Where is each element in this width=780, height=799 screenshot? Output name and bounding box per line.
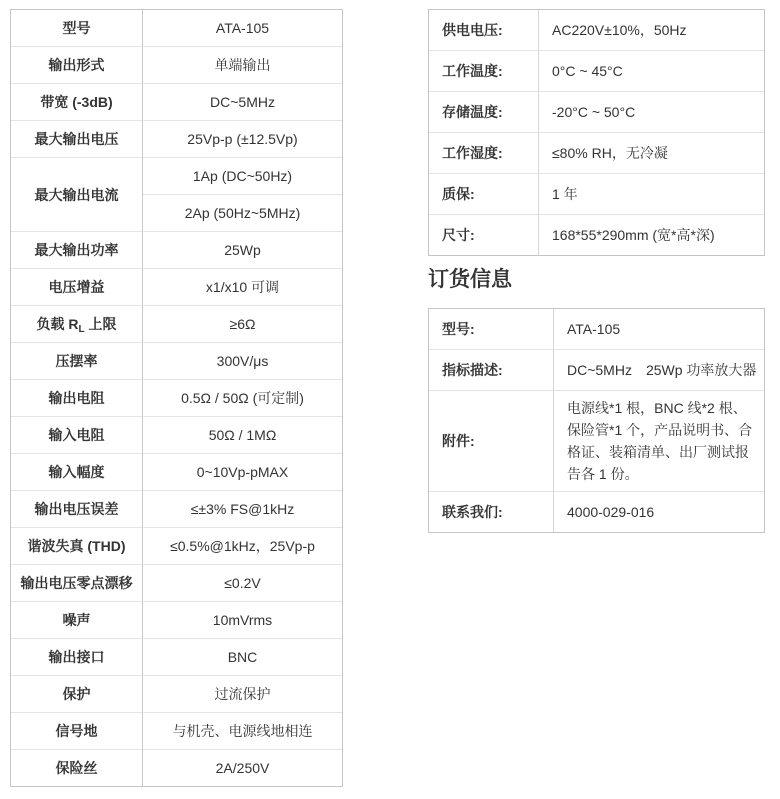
spec-label: 输出接口 <box>11 638 143 675</box>
spec-label: 输出电压误差 <box>11 490 143 527</box>
table-row: 质保: 1 年 <box>429 173 764 214</box>
spec-value: x1/x10 可调 <box>143 268 342 305</box>
order-label: 附件: <box>429 390 554 491</box>
order-label: 指标描述: <box>429 349 554 390</box>
spec-value: 0~10Vp-pMAX <box>143 453 342 490</box>
spec-label-text: 上限 <box>85 316 117 332</box>
table-row: 联系我们: 4000-029-016 <box>429 491 764 532</box>
spec-label: 负载 RL 上限 <box>11 305 143 342</box>
table-row: 输入幅度 0~10Vp-pMAX <box>11 453 342 490</box>
spec-value: 与机壳、电源线地相连 <box>143 712 342 749</box>
page: 型号 ATA-105 输出形式 单端输出 带宽 (-3dB) DC~5MHz 最… <box>0 0 780 799</box>
spec-value: ≤0.5%@1kHz，25Vp-p <box>143 527 342 564</box>
table-row: 输出电压误差 ≤±3% FS@1kHz <box>11 490 342 527</box>
table-row: 型号: ATA-105 <box>429 309 764 349</box>
table-row: 噪声 10mVrms <box>11 601 342 638</box>
spec-value: DC~5MHz <box>143 83 342 120</box>
table-row: 保险丝 2A/250V <box>11 749 342 786</box>
env-value: ≤80% RH，无冷凝 <box>539 132 764 173</box>
table-row: 型号 ATA-105 <box>11 10 342 46</box>
spec-label: 最大输出电压 <box>11 120 143 157</box>
spec-label: 输出形式 <box>11 46 143 83</box>
spec-value: 2Ap (50Hz~5MHz) <box>143 194 342 231</box>
table-row: 供电电压: AC220V±10%，50Hz <box>429 10 764 50</box>
spec-value: ≥6Ω <box>143 305 342 342</box>
table-row: 输出电压零点漂移 ≤0.2V <box>11 564 342 601</box>
spec-value: 2A/250V <box>143 749 342 786</box>
spec-label: 电压增益 <box>11 268 143 305</box>
spec-label-text: 负载 R <box>37 316 79 332</box>
table-row: 附件: 电源线*1 根，BNC 线*2 根、保险管*1 个，产品说明书、合格证、… <box>429 390 764 491</box>
spec-label: 输出电压零点漂移 <box>11 564 143 601</box>
order-table: 型号: ATA-105 指标描述: DC~5MHz 25Wp 功率放大器 附件:… <box>428 308 765 533</box>
table-row: 工作温度: 0°C ~ 45°C <box>429 50 764 91</box>
env-value: AC220V±10%，50Hz <box>539 10 764 50</box>
spec-label: 噪声 <box>11 601 143 638</box>
env-value: -20°C ~ 50°C <box>539 91 764 132</box>
spec-value: 50Ω / 1MΩ <box>143 416 342 453</box>
spec-label: 型号 <box>11 10 143 46</box>
spec-value: 过流保护 <box>143 675 342 712</box>
table-row: 带宽 (-3dB) DC~5MHz <box>11 83 342 120</box>
env-label: 供电电压: <box>429 10 539 50</box>
spec-value: BNC <box>143 638 342 675</box>
env-label: 存储温度: <box>429 91 539 132</box>
table-row: 输出电阻 0.5Ω / 50Ω (可定制) <box>11 379 342 416</box>
table-row: 输出形式 单端输出 <box>11 46 342 83</box>
table-row: 电压增益 x1/x10 可调 <box>11 268 342 305</box>
spec-label: 最大输出电流 <box>11 157 143 231</box>
table-row: 压摆率 300V/μs <box>11 342 342 379</box>
env-value: 1 年 <box>539 173 764 214</box>
spec-label: 带宽 (-3dB) <box>11 83 143 120</box>
spec-label: 输入电阻 <box>11 416 143 453</box>
order-value: ATA-105 <box>554 309 764 349</box>
spec-value: 0.5Ω / 50Ω (可定制) <box>143 379 342 416</box>
table-row: 存储温度: -20°C ~ 50°C <box>429 91 764 132</box>
table-row: 输入电阻 50Ω / 1MΩ <box>11 416 342 453</box>
spec-value: ATA-105 <box>143 10 342 46</box>
spec-value: 25Vp-p (±12.5Vp) <box>143 120 342 157</box>
table-row: 工作湿度: ≤80% RH，无冷凝 <box>429 132 764 173</box>
order-info-title: 订货信息 <box>428 265 512 294</box>
spec-value: 25Wp <box>143 231 342 268</box>
env-label: 工作温度: <box>429 50 539 91</box>
table-row: 输出接口 BNC <box>11 638 342 675</box>
spec-label: 输出电阻 <box>11 379 143 416</box>
spec-label: 保护 <box>11 675 143 712</box>
table-row: 最大输出电流 1Ap (DC~50Hz) <box>11 157 342 194</box>
order-label: 型号: <box>429 309 554 349</box>
table-row: 最大输出功率 25Wp <box>11 231 342 268</box>
env-label: 工作湿度: <box>429 132 539 173</box>
spec-label: 输入幅度 <box>11 453 143 490</box>
table-row: 保护 过流保护 <box>11 675 342 712</box>
table-row: 指标描述: DC~5MHz 25Wp 功率放大器 <box>429 349 764 390</box>
spec-value: ≤±3% FS@1kHz <box>143 490 342 527</box>
spec-label: 保险丝 <box>11 749 143 786</box>
table-row: 尺寸: 168*55*290mm (宽*高*深) <box>429 214 764 255</box>
table-row: 最大输出电压 25Vp-p (±12.5Vp) <box>11 120 342 157</box>
table-row: 谐波失真 (THD) ≤0.5%@1kHz，25Vp-p <box>11 527 342 564</box>
env-value: 168*55*290mm (宽*高*深) <box>539 214 764 255</box>
order-value: DC~5MHz 25Wp 功率放大器 <box>554 349 764 390</box>
spec-table: 型号 ATA-105 输出形式 单端输出 带宽 (-3dB) DC~5MHz 最… <box>10 9 343 787</box>
env-label: 尺寸: <box>429 214 539 255</box>
spec-label: 谐波失真 (THD) <box>11 527 143 564</box>
spec-value: 10mVrms <box>143 601 342 638</box>
env-table: 供电电压: AC220V±10%，50Hz 工作温度: 0°C ~ 45°C 存… <box>428 9 765 256</box>
spec-value: ≤0.2V <box>143 564 342 601</box>
order-value: 4000-029-016 <box>554 491 764 532</box>
order-value: 电源线*1 根，BNC 线*2 根、保险管*1 个，产品说明书、合格证、装箱清单… <box>554 390 764 491</box>
spec-value: 单端输出 <box>143 46 342 83</box>
order-label: 联系我们: <box>429 491 554 532</box>
spec-label: 信号地 <box>11 712 143 749</box>
spec-label: 压摆率 <box>11 342 143 379</box>
table-row: 负载 RL 上限 ≥6Ω <box>11 305 342 342</box>
table-row: 信号地 与机壳、电源线地相连 <box>11 712 342 749</box>
spec-label: 最大输出功率 <box>11 231 143 268</box>
env-label: 质保: <box>429 173 539 214</box>
spec-value: 300V/μs <box>143 342 342 379</box>
spec-value: 1Ap (DC~50Hz) <box>143 157 342 194</box>
env-value: 0°C ~ 45°C <box>539 50 764 91</box>
